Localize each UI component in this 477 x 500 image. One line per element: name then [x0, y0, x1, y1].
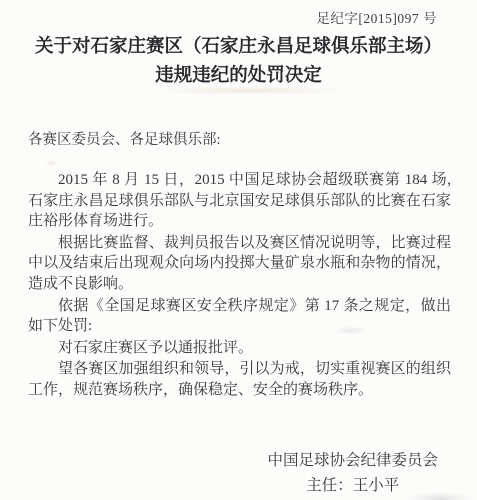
body-paragraph: 望各赛区加强组织和领导，引以为戒，切实重视赛区的组织工作，规范赛场秩序，确保稳定…: [28, 359, 451, 400]
scanned-document-page: 足纪字[2015]097 号 关于对石家庄赛区（石家庄永昌足球俱乐部主场） 违规…: [0, 0, 477, 500]
document-title-line2: 违规违纪的处罚决定: [0, 62, 477, 91]
document-body: 2015 年 8 月 15 日，2015 中国足球协会超级联赛第 184 场,石…: [28, 170, 451, 402]
document-title: 关于对石家庄赛区（石家庄永昌足球俱乐部主场） 违规违纪的处罚决定: [0, 33, 477, 91]
body-paragraph: 依据《全国足球赛区安全秩序规定》第 17 条之规定，做出如下处罚:: [28, 296, 451, 337]
body-paragraph: 根据比赛监督、裁判员报告以及赛区情况说明等，比赛过程中以及结束后出现观众向场内投…: [28, 233, 451, 295]
document-reference-number: 足纪字[2015]097 号: [316, 7, 437, 27]
salutation: 各赛区委员会、各足球俱乐部:: [28, 128, 221, 149]
signature-block: 中国足球协会纪律委员会 主任：王小平: [267, 448, 438, 498]
scan-artifact: [44, 160, 58, 166]
body-paragraph: 对石家庄赛区予以通报批评。: [28, 338, 451, 359]
signature-organization: 中国足球协会纪律委员会: [267, 448, 438, 473]
signature-signer: 主任：王小平: [267, 473, 438, 498]
document-title-line1: 关于对石家庄赛区（石家庄永昌足球俱乐部主场）: [0, 33, 477, 62]
body-paragraph: 2015 年 8 月 15 日，2015 中国足球协会超级联赛第 184 场,石…: [28, 170, 451, 232]
